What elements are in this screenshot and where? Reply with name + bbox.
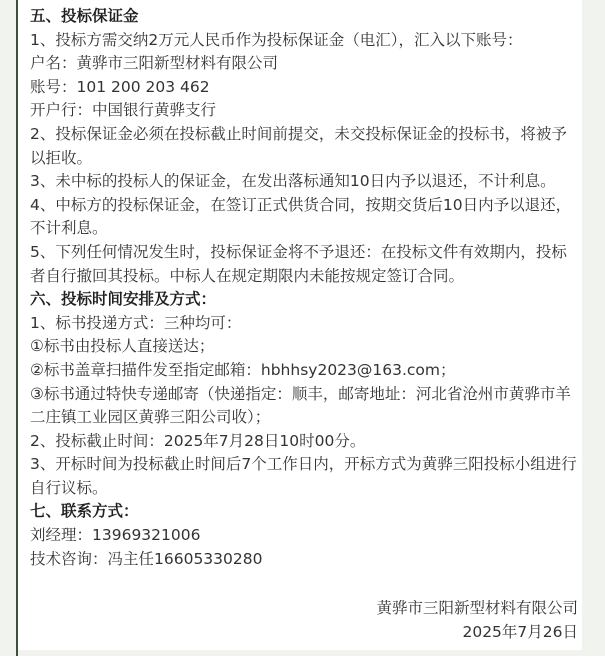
paragraph-forfeit-conditions: 5、下列任何情况发生时，投标保证金将不予退还：在投标文件有效期内，投标者自行撤回… [30, 241, 580, 288]
paragraph-bid-deadline: 2、投标截止时间：2025年7月28日10时00分。 [30, 430, 580, 454]
paragraph-account-number: 账号：101 200 203 462 [30, 76, 580, 100]
paragraph-delivery-direct: ①标书由投标人直接送达； [30, 335, 580, 359]
paragraph-contact-technical: 技术咨询：冯主任16605330280 [30, 548, 580, 572]
article-content: 五、投标保证金 1、投标方需交纳2万元人民币作为投标保证金（电汇），汇入以下账号… [18, 0, 582, 650]
section-heading-contact: 七、联系方式： [30, 500, 580, 524]
paragraph-account-name: 户名：黄骅市三阳新型材料有限公司 [30, 52, 580, 76]
signature-block: 黄骅市三阳新型材料有限公司 2025年7月26日 [30, 597, 580, 644]
section-heading-bid-deposit: 五、投标保证金 [30, 5, 580, 29]
paragraph-delivery-express: ③标书通过特快专递邮寄（快递指定：顺丰，邮寄地址：河北省沧州市黄骅市羊二庄镇工业… [30, 383, 580, 430]
paragraph-deposit-deadline-rule: 2、投标保证金必须在投标截止时间前提交，未交投标保证金的投标书，将被予以拒收。 [30, 123, 580, 170]
signature-date: 2025年7月26日 [30, 621, 578, 645]
paragraph-refund-unsuccessful: 3、未中标的投标人的保证金，在发出落标通知10日内予以退还，不计利息。 [30, 170, 580, 194]
paragraph-delivery-methods: 1、标书投递方式：三种均可： [30, 312, 580, 336]
section-heading-schedule: 六、投标时间安排及方式： [30, 288, 580, 312]
paragraph-bid-opening: 3、开标时间为投标截止时间后7个工作日内，开标方式为黄骅三阳投标小组进行自行议标… [30, 453, 580, 500]
paragraph-refund-winner: 4、中标方的投标保证金，在签订正式供货合同，按期交货后10日内予以退还，不计利息… [30, 194, 580, 241]
paragraph-bank-name: 开户行：中国银行黄骅支行 [30, 99, 580, 123]
paragraph-deposit-amount: 1、投标方需交纳2万元人民币作为投标保证金（电汇），汇入以下账号： [30, 29, 580, 53]
paragraph-contact-manager: 刘经理：13969321006 [30, 524, 580, 548]
signature-company: 黄骅市三阳新型材料有限公司 [30, 597, 578, 621]
tender-notice-article: 五、投标保证金 1、投标方需交纳2万元人民币作为投标保证金（电汇），汇入以下账号… [0, 0, 605, 656]
paragraph-delivery-email: ②标书盖章扫描件发至指定邮箱：hbhhsy2023@163.com； [30, 359, 580, 383]
